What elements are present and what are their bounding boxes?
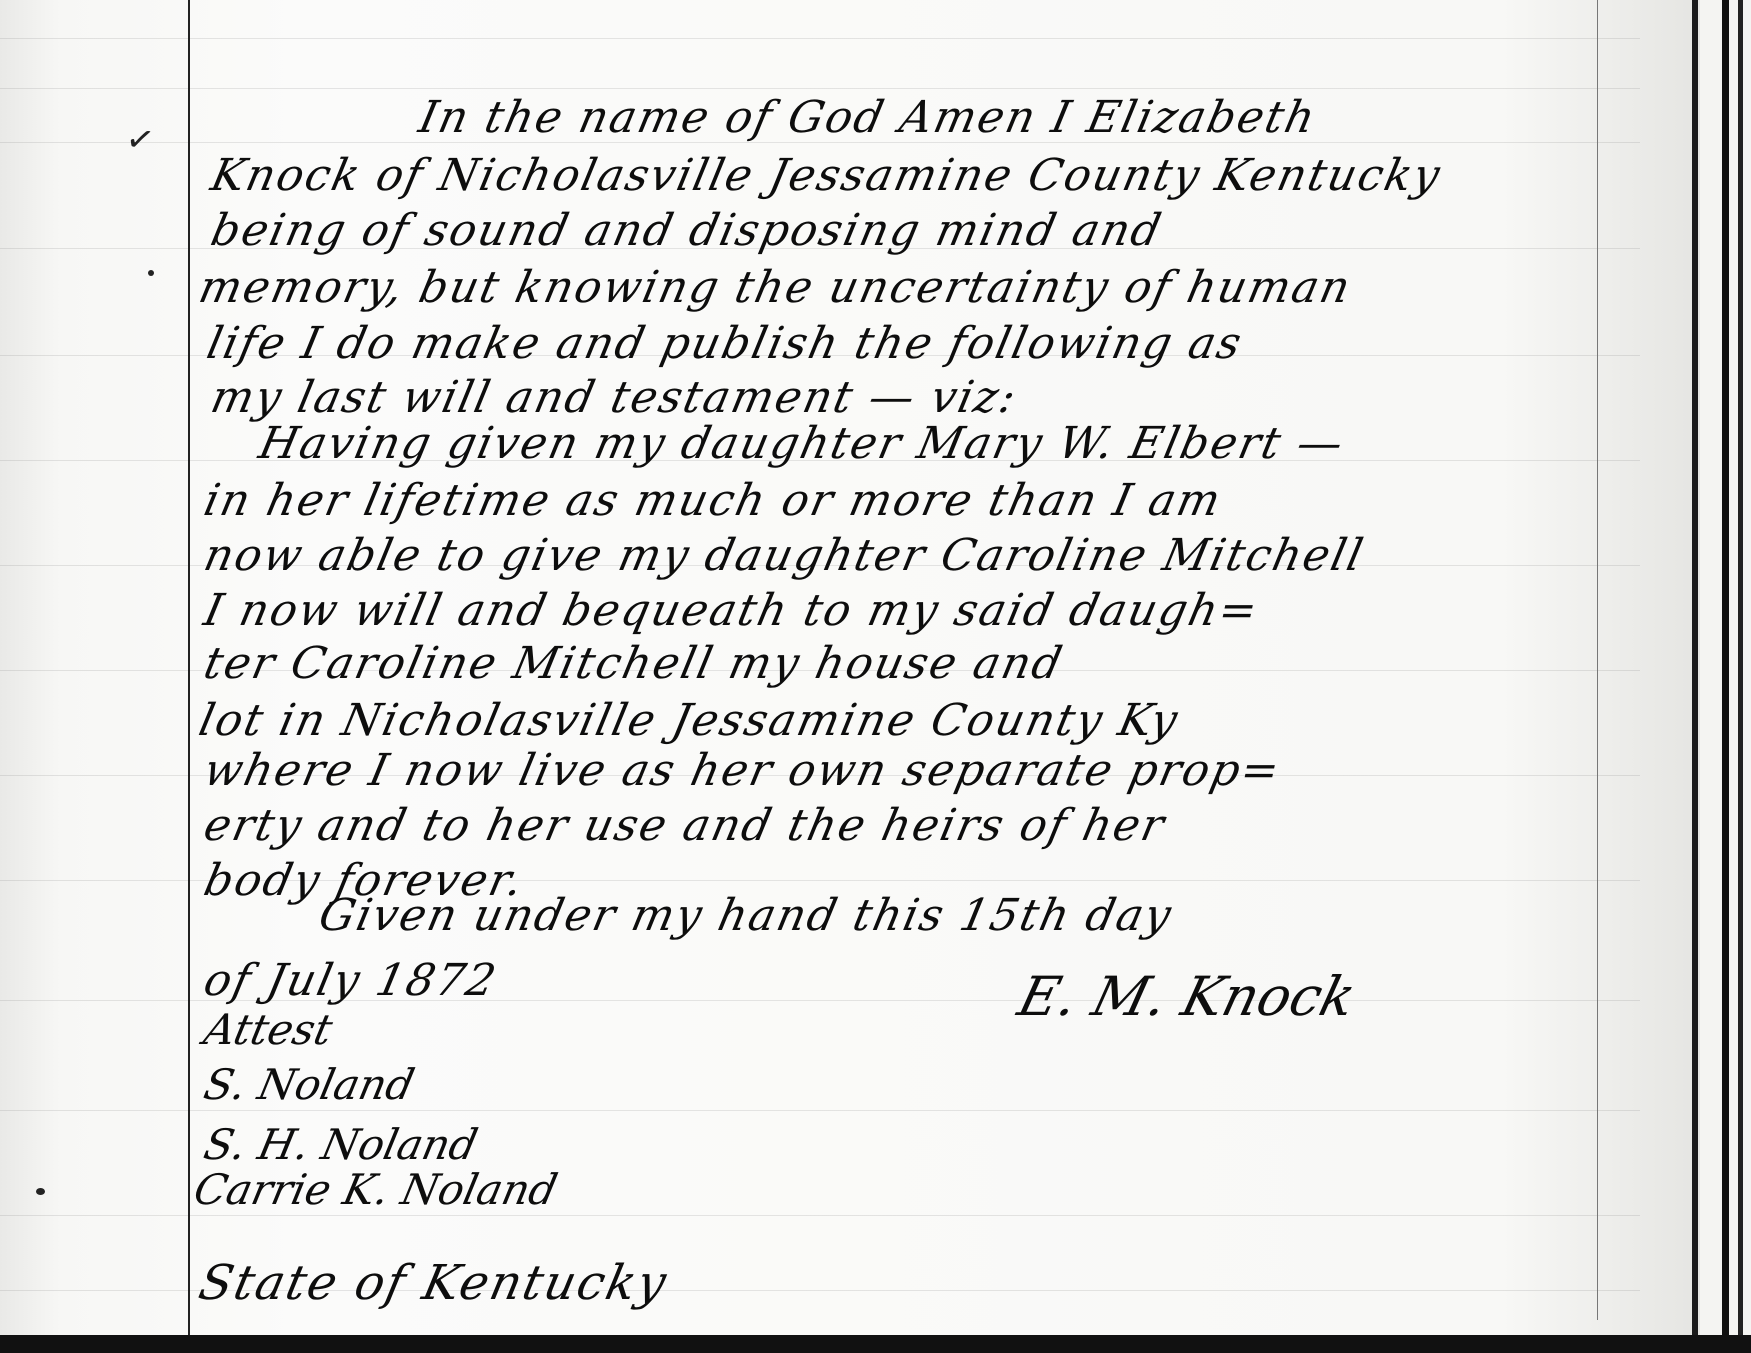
body-line: Knock of Nicholasville Jessamine County … xyxy=(207,150,1446,201)
body-line: my last will and testament — viz: xyxy=(207,372,1022,423)
body-line: I now will and bequeath to my said daugh… xyxy=(200,585,1264,636)
ruled-line xyxy=(0,38,1640,39)
body-line: life I do make and publish the following… xyxy=(203,318,1248,369)
page-bottom-edge xyxy=(0,1335,1751,1353)
ink-spot xyxy=(36,1188,45,1195)
left-margin-rule xyxy=(188,0,190,1353)
body-line: being of sound and disposing mind and xyxy=(207,205,1168,256)
book-binding-edge xyxy=(1738,0,1743,1353)
body-line: lot in Nicholasville Jessamine County Ky xyxy=(195,695,1184,746)
right-margin-rule xyxy=(1597,0,1598,1320)
body-line: where I now live as her own separate pro… xyxy=(200,745,1286,796)
ruled-line xyxy=(0,1215,1640,1216)
body-line: Having given my daughter Mary W. Elbert … xyxy=(255,418,1350,469)
body-line: memory, but knowing the uncertainty of h… xyxy=(195,262,1357,313)
ruled-line xyxy=(0,1110,1640,1111)
date-line: of July 1872 xyxy=(200,955,502,1006)
body-line: erty and to her use and the heirs of her xyxy=(200,800,1171,851)
witness-name: Carrie K. Noland xyxy=(190,1165,562,1214)
venue-heading: State of Kentucky xyxy=(194,1255,673,1311)
body-line: in her lifetime as much or more than I a… xyxy=(200,475,1227,526)
testator-signature: E. M. Knock xyxy=(1012,965,1362,1028)
witness-name: S. H. Noland xyxy=(200,1120,482,1169)
book-binding-edge xyxy=(1722,0,1729,1353)
body-line: ter Caroline Mitchell my house and xyxy=(200,638,1069,689)
book-binding-edge xyxy=(1692,0,1698,1353)
ruled-line xyxy=(0,88,1640,89)
body-line: In the name of God Amen I Elizabeth xyxy=(415,92,1322,143)
attest-label: Attest xyxy=(200,1005,337,1054)
ink-spot xyxy=(148,270,154,276)
body-line: now able to give my daughter Caroline Mi… xyxy=(200,530,1370,581)
body-line: Given under my hand this 15th day xyxy=(315,890,1178,941)
witness-name: S. Noland xyxy=(200,1060,419,1109)
